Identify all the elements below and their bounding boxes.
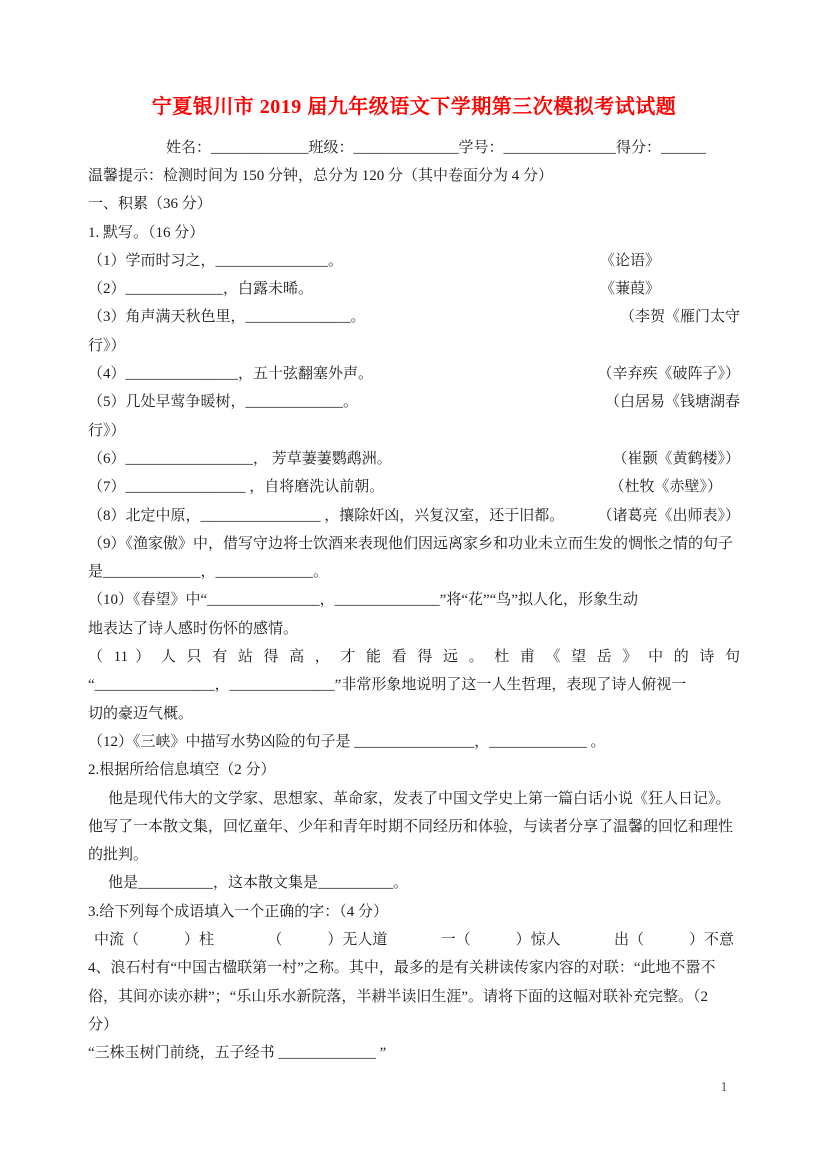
q4-line1: 4、浪石村有“中国古楹联第一村”之称。其中，最多的是有关耕读传家内容的对联：“此… [88, 954, 740, 982]
q1-item-2: （2）_____________，白露未晞。 《蒹葭》 [88, 275, 740, 303]
q1-item-6: （6）_________________， 芳草萋萋鹦鹉洲。 （崔颢《黄鹤楼》） [88, 445, 740, 473]
q1-item-8: （8）北定中原，________________ ，攘除奸凶，兴复汉室，还于旧都… [88, 502, 740, 530]
page-content: 宁夏银川市 2019 届九年级语文下学期第三次模拟考试试题 姓名：_______… [88, 92, 740, 1068]
q1-item-2-citation: 《蒹葭》 [600, 275, 740, 303]
q1-item-5-text: （5）几处早莺争暖树，_____________。 [88, 388, 358, 416]
q1-item-3: （3）角声满天秋色里，______________。 （李贺《雁门太守 [88, 303, 740, 331]
q1-item-6-text: （6）_________________， 芳草萋萋鹦鹉洲。 [88, 445, 392, 473]
q2-paragraph-line3: 的批判。 [88, 841, 740, 869]
q1-item-3-citation-wrap: 行》） [88, 332, 740, 360]
class-blank: ______________ [354, 140, 459, 156]
q1-item-3-citation: （李贺《雁门太守 [620, 303, 740, 331]
q1-item-4-text: （4）_______________，五十弦翻塞外声。 [88, 360, 373, 388]
q3-heading: 3.给下列每个成语填入一个正确的字：（4 分） [88, 898, 740, 926]
exam-page: 宁夏银川市 2019 届九年级语文下学期第三次模拟考试试题 姓名：_______… [0, 0, 827, 1169]
idiom-option-2: （ ）无人道 [267, 926, 387, 954]
q1-item-4-citation: （辛弃疾《破阵子》） [597, 360, 740, 388]
student-id-label: 学号： [459, 140, 504, 156]
q1-item-10-line2: 地表达了诗人感时伤怀的感情。 [88, 615, 740, 643]
q1-item-12: （12）《三峡》中描写水势凶险的句子是 ________________，___… [88, 728, 740, 756]
q1-item-7-text: （7）________________ ，自将磨洗认前朝。 [88, 473, 384, 501]
exam-title: 宁夏银川市 2019 届九年级语文下学期第三次模拟考试试题 [88, 92, 740, 122]
idiom-option-4: 出（ ）不意 [614, 926, 734, 954]
name-label: 姓名： [166, 140, 211, 156]
q1-item-5-citation: （白居易《钱塘湖春 [605, 388, 740, 416]
q2-heading: 2.根据所给信息填空（2 分） [88, 756, 740, 784]
q1-item-11-line3: 切的豪迈气概。 [88, 700, 740, 728]
q1-item-2-text: （2）_____________，白露未晞。 [88, 275, 313, 303]
q1-item-10-line1: （10）《春望》中“_______________，______________… [88, 586, 740, 614]
q1-item-7-citation: （杜牧《赤壁》） [609, 473, 740, 501]
q2-paragraph-line1: 他是现代伟大的文学家、思想家、革命家，发表了中国文学史上第一篇白话小说《狂人日记… [88, 785, 740, 813]
student-id-blank: _______________ [504, 140, 617, 156]
q4-couplet-line: “三株玉树门前绕，五子经书 _____________ ” [88, 1039, 740, 1067]
q1-item-1-text: （1）学而时习之，_______________。 [88, 247, 343, 275]
class-label: 班级： [308, 140, 353, 156]
q1-item-5-citation-wrap: 行》） [88, 417, 740, 445]
q4-line3: 分） [88, 1011, 740, 1039]
q1-item-4: （4）_______________，五十弦翻塞外声。 （辛弃疾《破阵子》） [88, 360, 740, 388]
page-number: 1 [716, 1078, 732, 1098]
exam-notice: 温馨提示：检测时间为 150 分钟，总分为 120 分（其中卷面分为 4 分） [88, 162, 740, 190]
q1-item-8-text: （8）北定中原，________________ ，攘除奸凶，兴复汉室，还于旧都… [88, 502, 564, 530]
q2-answer-line: 他是__________，这本散文集是__________。 [88, 869, 740, 897]
q1-item-11-line2: “________________，______________”非常形象地说明… [88, 671, 740, 699]
q1-item-1-citation: 《论语》 [600, 247, 740, 275]
q1-item-11-line1: （ 11 ） 人 只 有 站 得 高 ， 才 能 看 得 远 。 杜 甫 《 望… [88, 643, 740, 671]
q2-paragraph-line2: 他写了一本散文集，回忆童年、少年和青年时期不同经历和体验，与读者分享了温馨的回忆… [88, 813, 740, 841]
q3-options-row: 中流（ ）柱 （ ）无人道 一（ ）惊人 出（ ）不意 [88, 926, 740, 954]
q1-item-6-citation: （崔颢《黄鹤楼》） [612, 445, 740, 473]
student-info-row: 姓名：_____________班级：______________学号：____… [88, 134, 740, 162]
q1-item-8-citation: （诸葛亮《出师表》） [597, 502, 740, 530]
q1-item-9-line2: 是_____________，_____________。 [88, 558, 740, 586]
section1-heading: 一、积累（36 分） [88, 190, 740, 218]
q1-item-7: （7）________________ ，自将磨洗认前朝。 （杜牧《赤壁》） [88, 473, 740, 501]
idiom-option-3: 一（ ）惊人 [441, 926, 561, 954]
q1-item-9-line1: （9）《渔家傲》中，借写守边将士饮酒来表现他们因远离家乡和功业未立而生发的惆怅之… [88, 530, 740, 558]
q4-line2: 俗，其间亦读亦耕”；“乐山乐水新院落，半耕半读旧生涯”。请将下面的这幅对联补充完… [88, 983, 740, 1011]
q1-item-5: （5）几处早莺争暖树，_____________。 （白居易《钱塘湖春 [88, 388, 740, 416]
q1-item-3-text: （3）角声满天秋色里，______________。 [88, 303, 366, 331]
name-blank: _____________ [211, 140, 309, 156]
score-label: 得分： [616, 140, 661, 156]
score-blank: ______ [661, 140, 706, 156]
idiom-option-1: 中流（ ）柱 [94, 926, 214, 954]
q1-heading: 1. 默写。（16 分） [88, 219, 740, 247]
q1-item-1: （1）学而时习之，_______________。 《论语》 [88, 247, 740, 275]
